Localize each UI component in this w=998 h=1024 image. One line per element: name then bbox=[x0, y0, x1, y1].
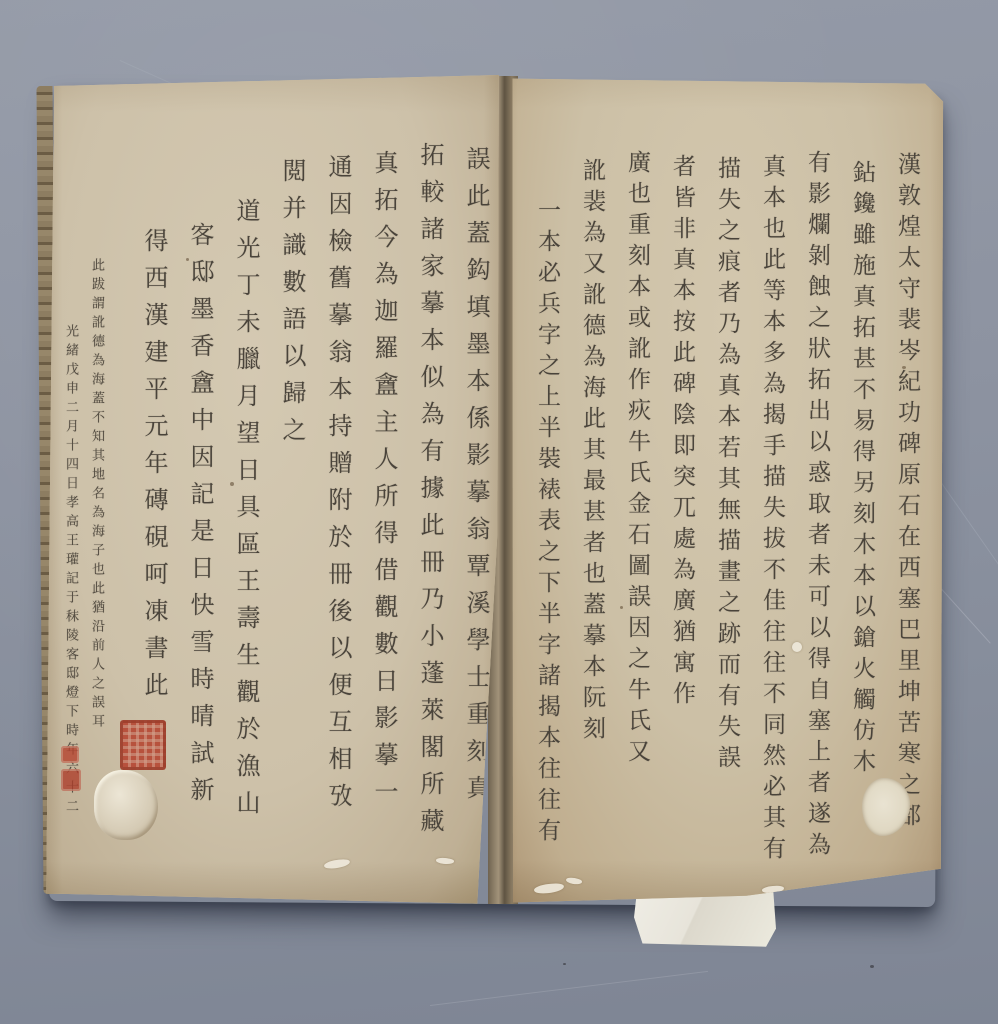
text-column: 漢敦煌太守裴岑紀功碑原石在西塞巴里坤苦寒之郡 bbox=[890, 152, 918, 834]
text-column: 真拓今為迦羅盦主人所得借觀數日影摹一 bbox=[367, 150, 396, 816]
dust-speck bbox=[870, 965, 874, 968]
text-column: 鉆鑱雖施真拓甚不易得另刻木本以鎗火觸仿木 bbox=[845, 160, 873, 780]
text-column: 一本必兵字之上半裝裱表之下半字諸揭本往往有 bbox=[530, 198, 558, 849]
text-column: 拓較諸家摹本似為有據此冊乃小蓬萊閣所藏 bbox=[413, 142, 442, 845]
embossed-seal-impression bbox=[94, 770, 158, 840]
text-column: 客邸墨香盦中因記是日快雪時晴試新 bbox=[183, 222, 212, 814]
colophon-column: 光緒戊申二月十四日孝高王瓘記于秣陵客邸燈下時年六十二 bbox=[60, 324, 77, 818]
text-column: 得西漢建平元年磚硯呵凍書此 bbox=[137, 228, 166, 709]
text-column: 描失之痕者乃為真本若其無描畫之跡而有失誤 bbox=[710, 156, 738, 776]
right-page: 漢敦煌太守裴岑紀功碑原石在西塞巴里坤苦寒之郡 鉆鑱雖施真拓甚不易得另刻木本以鎗火… bbox=[500, 66, 948, 911]
small-red-seal-stamp bbox=[61, 746, 79, 763]
text-column: 訛裴為又訛德為海此其最甚者也蓋摹本阮刻 bbox=[575, 158, 603, 747]
ink-fleck bbox=[620, 606, 623, 609]
text-column: 閲并識數語以歸之 bbox=[275, 158, 304, 454]
text-column: 誤此蓋鈎填墨本係影摹翁覃溪學士重刻真 bbox=[459, 146, 488, 812]
dust-speck bbox=[563, 963, 566, 965]
left-page-text-block: 誤此蓋鈎填墨本係影摹翁覃溪學士重刻真 拓較諸家摹本似為有據此冊乃小蓬萊閣所藏 真… bbox=[137, 140, 488, 920]
colophon-text-block: 此跋謂訛德為海蓋不知其地名為海子也此猶沿前人之誤耳 光緒戊申二月十四日孝高王瓘記… bbox=[60, 258, 103, 818]
ink-fleck bbox=[902, 366, 906, 369]
ink-fleck bbox=[230, 482, 234, 486]
text-column: 通因檢舊摹翁本持贈附於冊後以便互相攷 bbox=[321, 154, 350, 820]
backdrop-scratch bbox=[430, 971, 708, 1006]
colophon-column: 此跋謂訛德為海蓋不知其地名為海子也此猶沿前人之誤耳 bbox=[86, 258, 103, 818]
text-column: 有影爛剝蝕之狀拓出以惑取者未可以得自塞上者遂為 bbox=[800, 150, 828, 863]
paper-nick bbox=[792, 642, 802, 652]
text-column: 真本也此等本多為揭手描失拔不佳往往不同然必其有 bbox=[755, 154, 783, 867]
red-seal-stamp bbox=[120, 720, 166, 770]
text-column: 者皆非真本按此碑陰即突兀處為廣猶寓作 bbox=[665, 154, 693, 712]
right-page-text-block: 漢敦煌太守裴岑紀功碑原石在西塞巴里坤苦寒之郡 鉆鑱雖施真拓甚不易得另刻木本以鎗火… bbox=[530, 144, 918, 914]
small-red-seal-stamp bbox=[61, 769, 81, 791]
left-page: 誤此蓋鈎填墨本係影摹翁覃溪學士重刻真 拓較諸家摹本似為有據此冊乃小蓬萊閣所藏 真… bbox=[44, 70, 502, 912]
text-column: 廣也重刻本或訛作疢牛氏金石圖誤因之牛氏又 bbox=[620, 150, 648, 770]
ink-fleck bbox=[186, 258, 189, 261]
photograph-of-manuscript: 誤此蓋鈎填墨本係影摹翁覃溪學士重刻真 拓較諸家摹本似為有據此冊乃小蓬萊閣所藏 真… bbox=[0, 0, 998, 1024]
text-column: 道光丁未臘月望日具區王壽生觀於漁山 bbox=[229, 198, 258, 827]
